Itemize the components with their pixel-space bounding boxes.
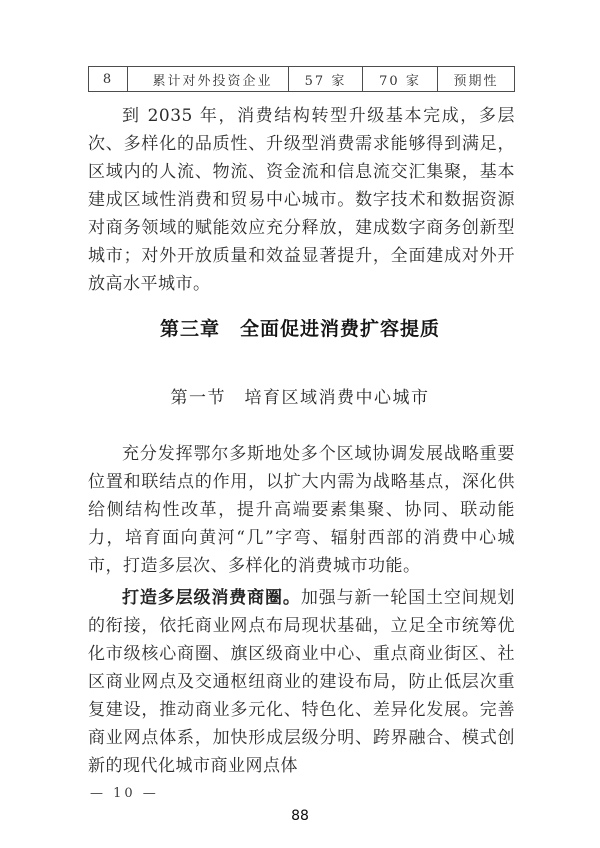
chapter-heading: 第三章 全面促进消费扩容提质 [0,314,600,341]
document-page: 8 累计对外投资企业 57 家 70 家 预期性 到 2035 年，消费结构转型… [0,0,600,848]
table-cell-row-number: 8 [89,67,128,91]
body-paragraph-2035-vision: 到 2035 年，消费结构转型升级基本完成，多层次、多样化的品质性、升级型消费需… [88,102,515,298]
paragraph-bold-lead: 打造多层级消费商圈。 [122,588,301,608]
page-number: 88 [0,808,600,824]
indicator-table-row: 8 累计对外投资企业 57 家 70 家 预期性 [88,66,515,92]
table-cell-value-target: 70 家 [363,67,438,91]
section-heading: 第一节 培育区域消费中心城市 [0,383,600,408]
table-cell-indicator-name: 累计对外投资企业 [128,67,289,91]
body-paragraph-commercial-circles: 打造多层级消费商圈。加强与新一轮国土空间规划的衔接，依托商业网点布局现状基础，立… [88,584,515,780]
document-folio-number: — 10 — [90,786,159,801]
table-cell-value-current: 57 家 [289,67,363,91]
paragraph-body-text: 加强与新一轮国土空间规划的衔接，依托商业网点布局现状基础，立足全市统筹优化市级核… [88,588,515,776]
table-cell-attribute: 预期性 [438,67,514,91]
body-paragraph-strategy: 充分发挥鄂尔多斯地处多个区域协调发展战略重要位置和联结点的作用，以扩大内需为战略… [88,440,515,580]
